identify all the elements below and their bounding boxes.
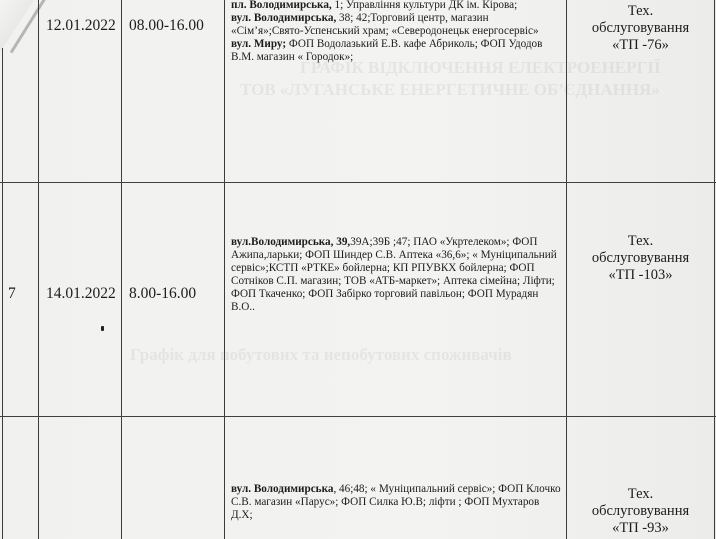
- row-date: 12.01.2022: [46, 10, 116, 42]
- table-border-left: [2, 48, 3, 539]
- table-column-divider: [224, 0, 225, 539]
- address-line: вул.Володимирська, 39,39А;39Б ;47; ПАО «…: [231, 236, 561, 314]
- address-line: вул. Володимирська, 38; 42;Торговий цент…: [231, 12, 563, 38]
- scanned-document-page: ГРАФІК ВІДКЛЮЧЕННЯ ЕЛЕКТРОЕНЕРГІЇ ТОВ «Л…: [0, 0, 716, 539]
- row-service: Тех. обслуговування «ТП -76»: [567, 3, 714, 54]
- bleed-through-text: ТОВ «ЛУГАНСЬКЕ ЕНЕРГЕТИЧНЕ ОБ’ЄДНАННЯ»: [240, 80, 660, 100]
- row-service: Тех. обслуговування «ТП -93»: [567, 486, 714, 537]
- row-addresses: вул. Володимирська, 46;48; « Муніципальн…: [231, 483, 561, 522]
- row-time: 08.00-16.00: [129, 10, 204, 42]
- row-date: 14.01.2022: [46, 282, 116, 306]
- address-line: пл. Володимирська, 1; Управління культур…: [231, 0, 563, 12]
- row-service: Тех. обслуговування «ТП -103»: [567, 233, 714, 284]
- table-row-divider: [0, 416, 716, 417]
- row-number: 7: [8, 282, 16, 306]
- table-border-right: [714, 0, 715, 539]
- row-time: 8.00-16.00: [129, 282, 196, 306]
- ink-speck: [101, 326, 104, 331]
- table-row-divider: [0, 182, 716, 183]
- table-column-divider: [38, 0, 39, 539]
- address-line: вул. Володимирська, 46;48; « Муніципальн…: [231, 483, 561, 522]
- address-line: вул. Миру; ФОП Водолазький Е.В. кафе Абр…: [231, 38, 563, 64]
- row-addresses: вул.Володимирська, 39,39А;39Б ;47; ПАО «…: [231, 236, 561, 314]
- row-number: [3, 0, 38, 60]
- row-addresses: пл. Володимирська, 1; Управління культур…: [231, 0, 563, 64]
- bleed-through-text: Графік для побутових та непобутових спож…: [130, 345, 512, 365]
- table-column-divider: [121, 0, 122, 539]
